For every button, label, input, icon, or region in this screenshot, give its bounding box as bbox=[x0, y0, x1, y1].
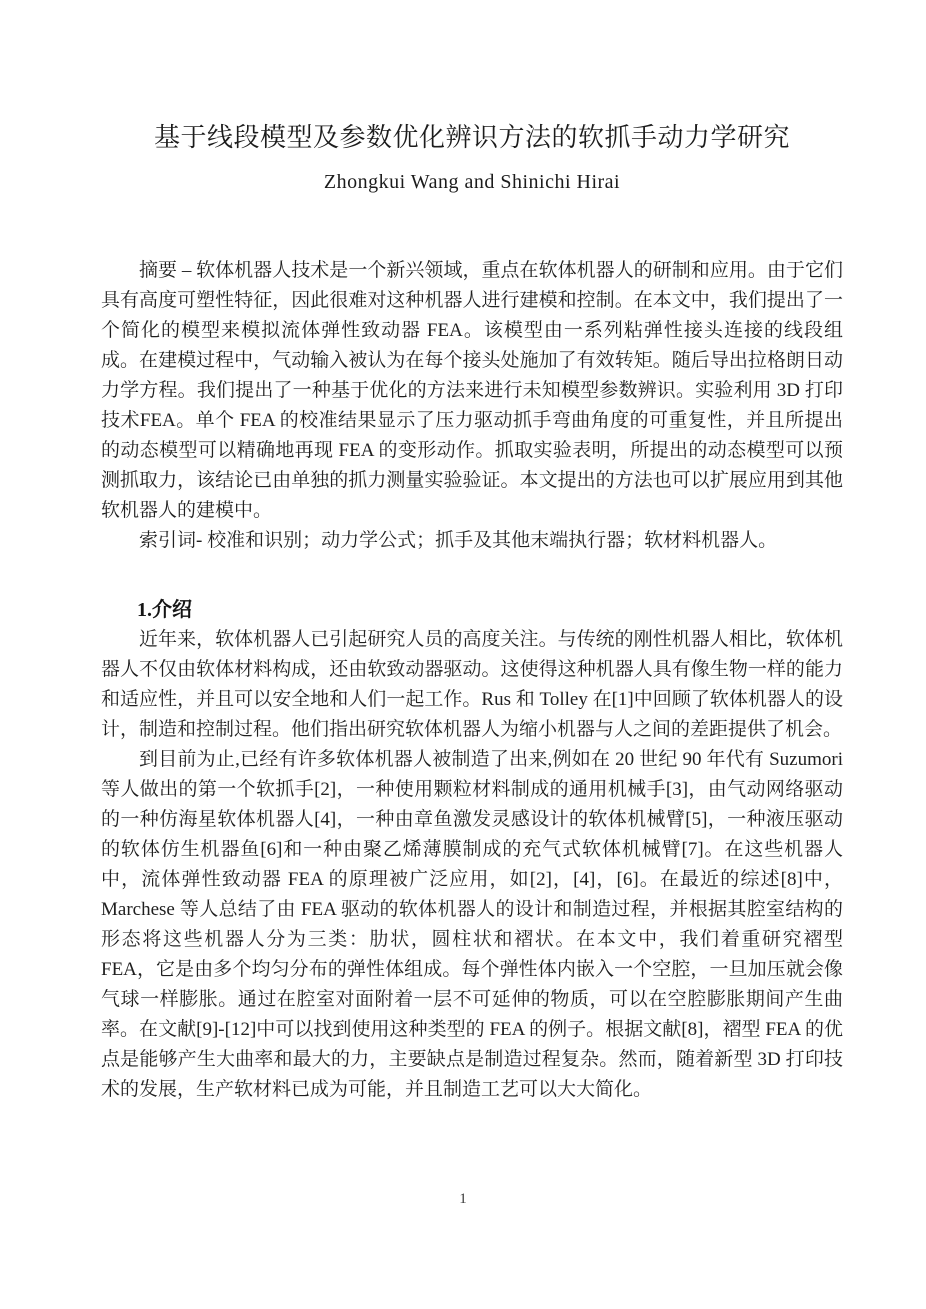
index-terms: 索引词- 校准和识别；动力学公式；抓手及其他末端执行器；软材料机器人。 bbox=[101, 526, 843, 556]
page-number: 1 bbox=[0, 1190, 926, 1208]
intro-paragraph-2: 到目前为止,已经有许多软体机器人被制造了出来,例如在 20 世纪 90 年代有 … bbox=[101, 745, 843, 1105]
page-content: 基于线段模型及参数优化辨识方法的软抓手动力学研究 Zhongkui Wang a… bbox=[101, 121, 843, 1105]
intro-paragraph-1: 近年来，软体机器人已引起研究人员的高度关注。与传统的刚性机器人相比，软体机器人不… bbox=[101, 625, 843, 745]
abstract-paragraph: 摘要 – 软体机器人技术是一个新兴领域，重点在软体机器人的研制和应用。由于它们具… bbox=[101, 256, 843, 526]
page-title: 基于线段模型及参数优化辨识方法的软抓手动力学研究 bbox=[101, 121, 843, 155]
paper-page: 基于线段模型及参数优化辨识方法的软抓手动力学研究 Zhongkui Wang a… bbox=[0, 0, 926, 1309]
section-heading-introduction: 1.介绍 bbox=[101, 595, 843, 625]
authors-line: Zhongkui Wang and Shinichi Hirai bbox=[101, 169, 843, 196]
